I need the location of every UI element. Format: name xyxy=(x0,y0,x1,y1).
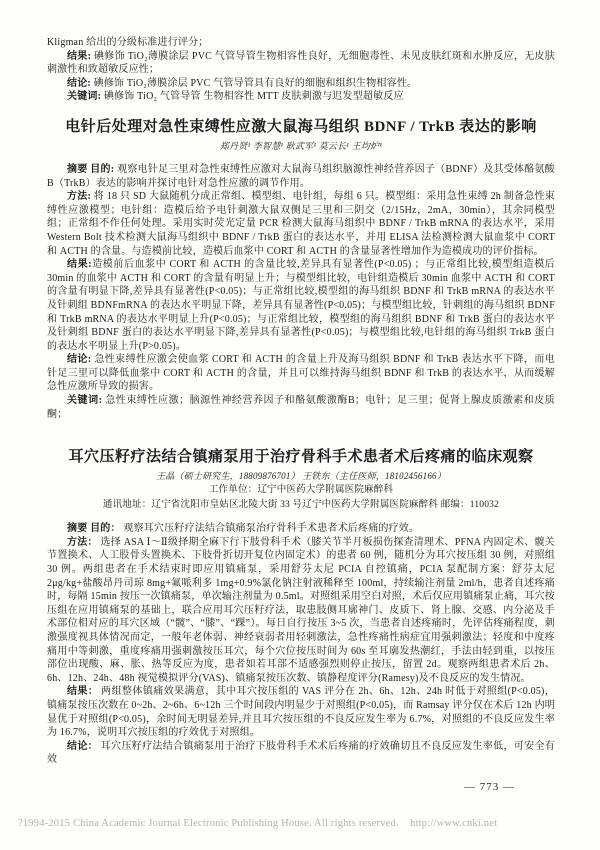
continuation-results: 结果: 碘修饰 TiO₂薄膜涂层 PVC 气管导管生物相容性良好，无细胞毒性、未… xyxy=(47,50,555,77)
results-text: 两组整体镇痛效果满意，其中耳穴按压组的 VAS 评分在 2h、6h、12h、24… xyxy=(47,686,555,738)
paper2-affiliation: 工作单位：辽宁中医药大学附属医院麻醉科 xyxy=(47,483,555,498)
paper2-authors: 王晶（硕士研究生，18809876701） 王铁东（主任医师，181024561… xyxy=(47,470,555,483)
abstract-objective-label: 摘要 目的: xyxy=(67,164,114,175)
paper1-objective: 摘要 目的: 观察电针足三里对急性束缚性应激对大鼠海马组织脑源性神经营养因子（B… xyxy=(47,163,555,190)
methods-label: 方法： xyxy=(67,537,98,548)
results-label: 结果： xyxy=(67,686,98,697)
conclusion-text: 耳穴压籽疗法结合镇痛泵用于治疗下肢骨科手术术后疼痛的疗效确切且不良反应发生率低，… xyxy=(47,741,555,766)
paper1: 电针后处理对急性束缚性应激大鼠海马组织 BDNF / TrkB 表达的影响 郑丹… xyxy=(47,117,555,421)
paper2-title: 耳穴压籽疗法结合镇痛泵用于治疗骨科手术患者术后疼痛的临床观察 xyxy=(47,447,555,467)
keywords-label: 关键词: xyxy=(67,395,102,406)
methods-text: 选择 ASA Ⅰ～Ⅱ级择期全麻下行下肢骨科手术（膝关节半月板损伤探查清理术、PF… xyxy=(47,537,555,684)
paper2-address: 通讯地址：辽宁省沈阳市皇姑区北陵大街 33 号辽宁中医药大学附属医院麻醉科 邮编… xyxy=(47,498,555,513)
paper2-conclusion: 结论： 耳穴压籽疗法结合镇痛泵用于治疗下肢骨科手术术后疼痛的疗效确切且不良反应发… xyxy=(47,740,555,767)
objective-text: 观察电针足三里对急性束缚性应激对大鼠海马组织脑源性神经营养因子（BDNF）及其受… xyxy=(47,164,555,189)
paper2-results: 结果： 两组整体镇痛效果满意，其中耳穴按压组的 VAS 评分在 2h、6h、12… xyxy=(47,685,555,739)
conclusion-label: 结论： xyxy=(67,741,98,752)
document-page: Kligman 给出的分级标准进行评分； 结果: 碘修饰 TiO₂薄膜涂层 PV… xyxy=(47,36,555,767)
cnki-copyright-footer: ?1994-2015 China Academic Journal Electr… xyxy=(18,818,497,829)
paper1-results: 结果:造模前后血浆中 CORT 和 ACTH 的含量比较,差异具有显著性(P<0… xyxy=(47,258,555,353)
keywords-text: 碘修饰 TiO₂ 气管导管 生物相容性 MTT 皮肤刺激与迟发型超敏反应 xyxy=(101,91,404,102)
continuation-keywords: 关键词: 碘修饰 TiO₂ 气管导管 生物相容性 MTT 皮肤刺激与迟发型超敏反… xyxy=(47,90,555,104)
continuation-line: Kligman 给出的分级标准进行评分； xyxy=(47,36,555,50)
conclusion-text: 碘修饰 TiO₂薄膜涂层 PVC 气管导管具有良好的细胞和组织生物相容性。 xyxy=(91,78,417,89)
previous-article-continuation: Kligman 给出的分级标准进行评分； 结果: 碘修饰 TiO₂薄膜涂层 PV… xyxy=(47,36,555,104)
paper1-authors: 郑丹贤¹ 李智慧¹ 耿武军¹ 莫云长¹ 王均炉¹ xyxy=(47,140,555,153)
methods-label: 方法: xyxy=(67,191,91,202)
methods-text: 将 18 只 SD 大鼠随机分成正常组、模型组、电针组，每组 6 只。模型组：采… xyxy=(47,191,555,256)
paper1-keywords: 关键词: 急性束缚性应激；脑源性神经营养因子和酪氨酸激酶B；电针；足三里；促肾上… xyxy=(47,394,555,421)
paper1-conclusion: 结论: 急性束缚性应激会使血浆 CORT 和 ACTH 的含量上升及海马组织 B… xyxy=(47,353,555,394)
conclusion-label: 结论: xyxy=(67,78,91,89)
page-number: — 773 — xyxy=(464,781,515,793)
continuation-conclusion: 结论: 碘修饰 TiO₂薄膜涂层 PVC 气管导管具有良好的细胞和组织生物相容性… xyxy=(47,77,555,91)
paper1-methods: 方法: 将 18 只 SD 大鼠随机分成正常组、模型组、电针组，每组 6 只。模… xyxy=(47,190,555,258)
results-label: 结果: xyxy=(67,259,92,270)
paper2-objective: 摘要 目的： 观察耳穴压籽疗法结合镇痛泵治疗骨科手术患者术后疼痛的疗效。 xyxy=(47,522,555,536)
keywords-label: 关键词: xyxy=(67,91,101,102)
paper1-title: 电针后处理对急性束缚性应激大鼠海马组织 BDNF / TrkB 表达的影响 xyxy=(47,117,555,137)
paper2: 耳穴压籽疗法结合镇痛泵用于治疗骨科手术患者术后疼痛的临床观察 王晶（硕士研究生，… xyxy=(47,447,555,767)
paper2-methods: 方法： 选择 ASA Ⅰ～Ⅱ级择期全麻下行下肢骨科手术（膝关节半月板损伤探查清理… xyxy=(47,536,555,686)
results-text: 造模前后血浆中 CORT 和 ACTH 的含量比较,差异具有显著性(P<0.05… xyxy=(47,259,555,352)
abstract-objective-label: 摘要 目的： xyxy=(67,523,121,534)
results-label: 结果: xyxy=(67,51,91,62)
results-text: 碘修饰 TiO₂薄膜涂层 PVC 气管导管生物相容性良好，无细胞毒性、未见皮肤红… xyxy=(47,51,555,76)
keywords-text: 急性束缚性应激；脑源性神经营养因子和酪氨酸激酶B；电针；足三里；促肾上腺皮质激素… xyxy=(47,395,555,420)
conclusion-text: 急性束缚性应激会使血浆 CORT 和 ACTH 的含量上升及海马组织 BDNF … xyxy=(47,354,555,392)
objective-text: 观察耳穴压籽疗法结合镇痛泵治疗骨科手术患者术后疼痛的疗效。 xyxy=(121,523,420,534)
conclusion-label: 结论: xyxy=(67,354,91,365)
